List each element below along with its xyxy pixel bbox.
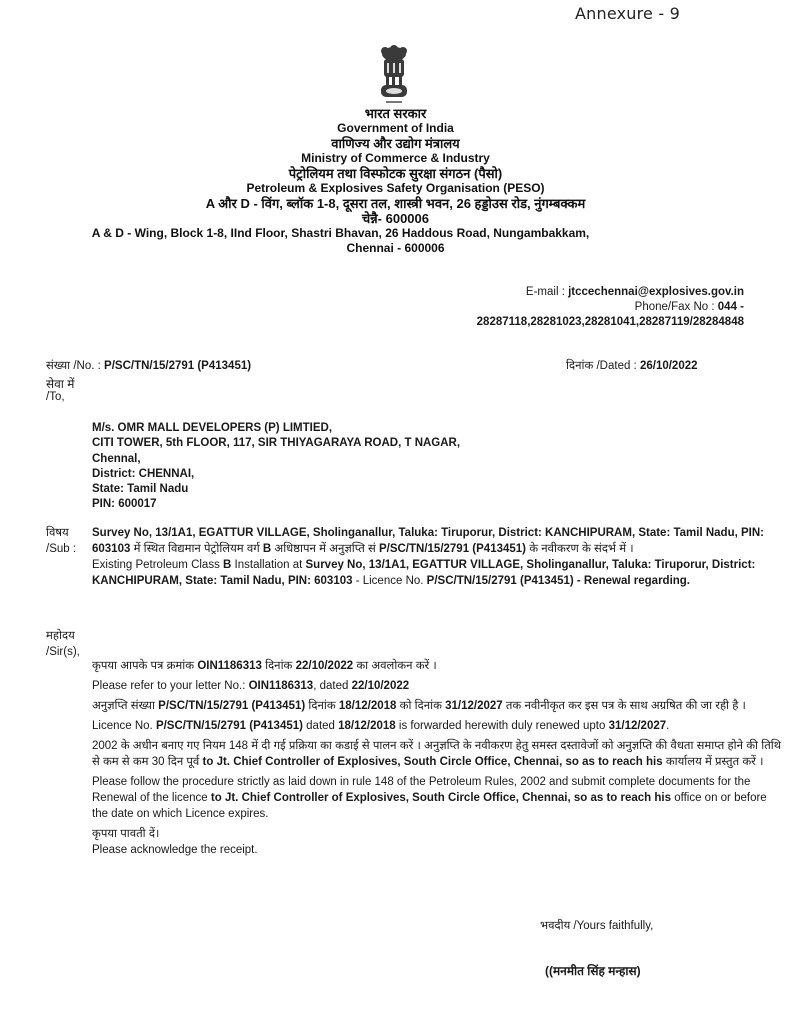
- phone-label: Phone/Fax No :: [635, 301, 718, 313]
- signatory-name: ((मनमीत सिंह मन्हास): [545, 962, 641, 979]
- para-2-hindi: अनुज्ञप्ति संख्या P/SC/TN/15/2791 (P4134…: [92, 698, 782, 714]
- subject-text: Survey No, 13/1A1, EGATTUR VILLAGE, Shol…: [92, 525, 782, 589]
- email-link[interactable]: jtccechennai@explosives.gov.in: [568, 286, 744, 298]
- annexure-label: Annexure - 9: [575, 4, 680, 23]
- para-1-english: Please refer to your letter No.: OIN1186…: [92, 678, 782, 694]
- ministry-english: Ministry of Commerce & Industry: [0, 151, 791, 166]
- addressee-block: M/s. OMR MALL DEVELOPERS (P) LIMTIED, CI…: [92, 421, 460, 513]
- govt-english: Government of India: [0, 121, 791, 136]
- address-hindi-line2: चेन्नै- 600006: [0, 211, 791, 226]
- reference-number-value: P/SC/TN/15/2791 (P413451): [104, 360, 251, 372]
- salutation-hindi: महोदय: [46, 628, 80, 644]
- subject-label-english: /Sub :: [46, 541, 76, 557]
- phone-code: 044 -: [718, 301, 744, 313]
- addressee-line: District: CHENNAI,: [92, 467, 460, 482]
- subject-hindi: Survey No, 13/1A1, EGATTUR VILLAGE, Shol…: [92, 525, 782, 557]
- contact-block: E-mail : jtccechennai@explosives.gov.in …: [477, 285, 744, 330]
- ministry-hindi: वाणिज्य और उद्योग मंत्रालय: [0, 136, 791, 151]
- reference-number-label: संख्या /No. :: [46, 360, 104, 372]
- letterhead: भारत सरकार Government of India वाणिज्य औ…: [0, 106, 791, 256]
- national-emblem-icon: [372, 45, 416, 107]
- addressee-line: State: Tamil Nadu: [92, 482, 460, 497]
- addressee-line: PIN: 600017: [92, 497, 460, 512]
- phone-numbers: 28287118,28281023,28281041,28287119/2828…: [477, 315, 744, 330]
- to-label-english: /To,: [46, 391, 65, 403]
- org-hindi: पेट्रोलियम तथा विस्फोटक सुरक्षा संगठन (प…: [0, 166, 791, 181]
- addressee-line: CITI TOWER, 5th FLOOR, 117, SIR THIYAGAR…: [92, 436, 460, 451]
- reference-date-value: 26/10/2022: [640, 360, 698, 372]
- org-english: Petroleum & Explosives Safety Organisati…: [0, 181, 791, 196]
- reference-date: दिनांक /Dated : 26/10/2022: [566, 359, 698, 374]
- address-english-line1: A & D - Wing, Block 1-8, IInd Floor, Sha…: [0, 226, 791, 241]
- para-2-english: Licence No. P/SC/TN/15/2791 (P413451) da…: [92, 718, 782, 734]
- addressee-line: M/s. OMR MALL DEVELOPERS (P) LIMTIED,: [92, 421, 460, 436]
- address-english-line2: Chennai - 600006: [0, 241, 791, 256]
- para-1-hindi: कृपया आपके पत्र क्रमांक OIN1186313 दिनां…: [92, 658, 782, 674]
- subject-label: विषय /Sub :: [46, 525, 76, 557]
- para-3-english: Please follow the procedure strictly as …: [92, 774, 782, 822]
- govt-hindi: भारत सरकार: [0, 106, 791, 121]
- reference-date-label: दिनांक /Dated :: [566, 360, 640, 372]
- para-4-hindi: कृपया पावती दें।: [92, 826, 782, 842]
- address-hindi-line1: A और D - विंग, ब्लॉक 1-8, दूसरा तल, शास्…: [0, 196, 791, 211]
- letter-body: कृपया आपके पत्र क्रमांक OIN1186313 दिनां…: [92, 658, 782, 858]
- para-3-hindi: 2002 के अधीन बनाए गए नियम 148 में दी गई …: [92, 738, 782, 770]
- subject-label-hindi: विषय: [46, 525, 76, 541]
- addressee-line: Chennal,: [92, 452, 460, 467]
- to-label-hindi: सेवा में: [46, 375, 74, 392]
- reference-number: संख्या /No. : P/SC/TN/15/2791 (P413451): [46, 359, 251, 374]
- salutation: महोदय /Sir(s),: [46, 628, 80, 660]
- para-4-english: Please acknowledge the receipt.: [92, 842, 782, 858]
- email-label: E-mail :: [526, 286, 568, 298]
- closing: भवदीय /Yours faithfully,: [540, 918, 653, 933]
- salutation-english: /Sir(s),: [46, 644, 80, 660]
- subject-english: Existing Petroleum Class B Installation …: [92, 557, 782, 589]
